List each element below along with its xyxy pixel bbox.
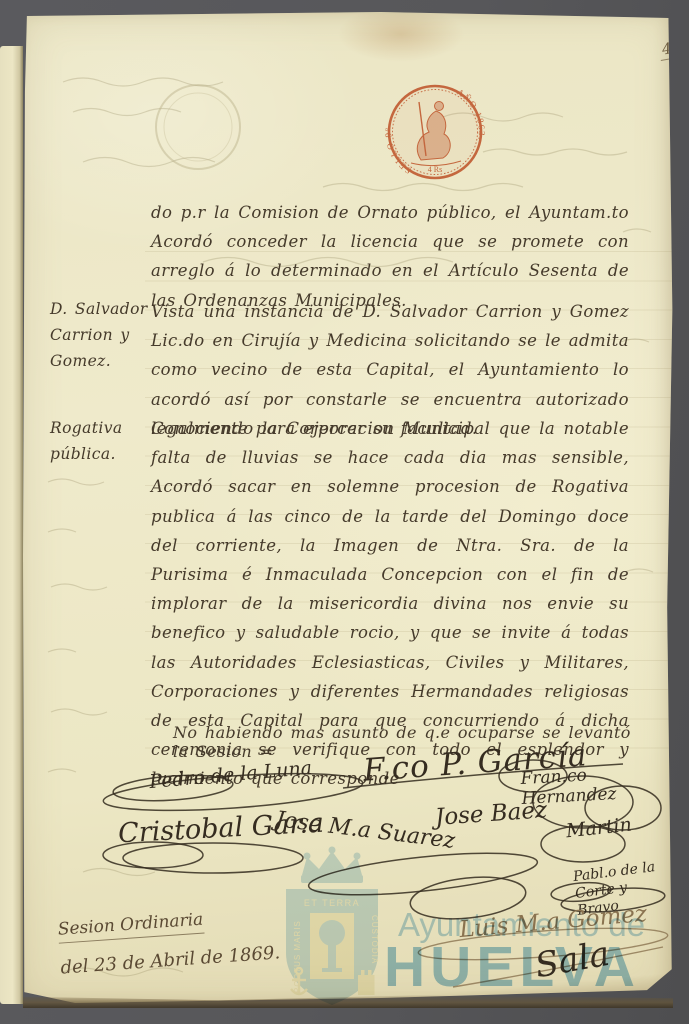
previous-page-edge [0,46,23,1004]
signature-flourishes [23,12,673,1004]
manuscript-page: 45 SELLO 9º AÑO 1863. 4 Rs d [23,12,673,1004]
scanned-document-photo: 45 SELLO 9º AÑO 1863. 4 Rs d [0,0,689,1024]
